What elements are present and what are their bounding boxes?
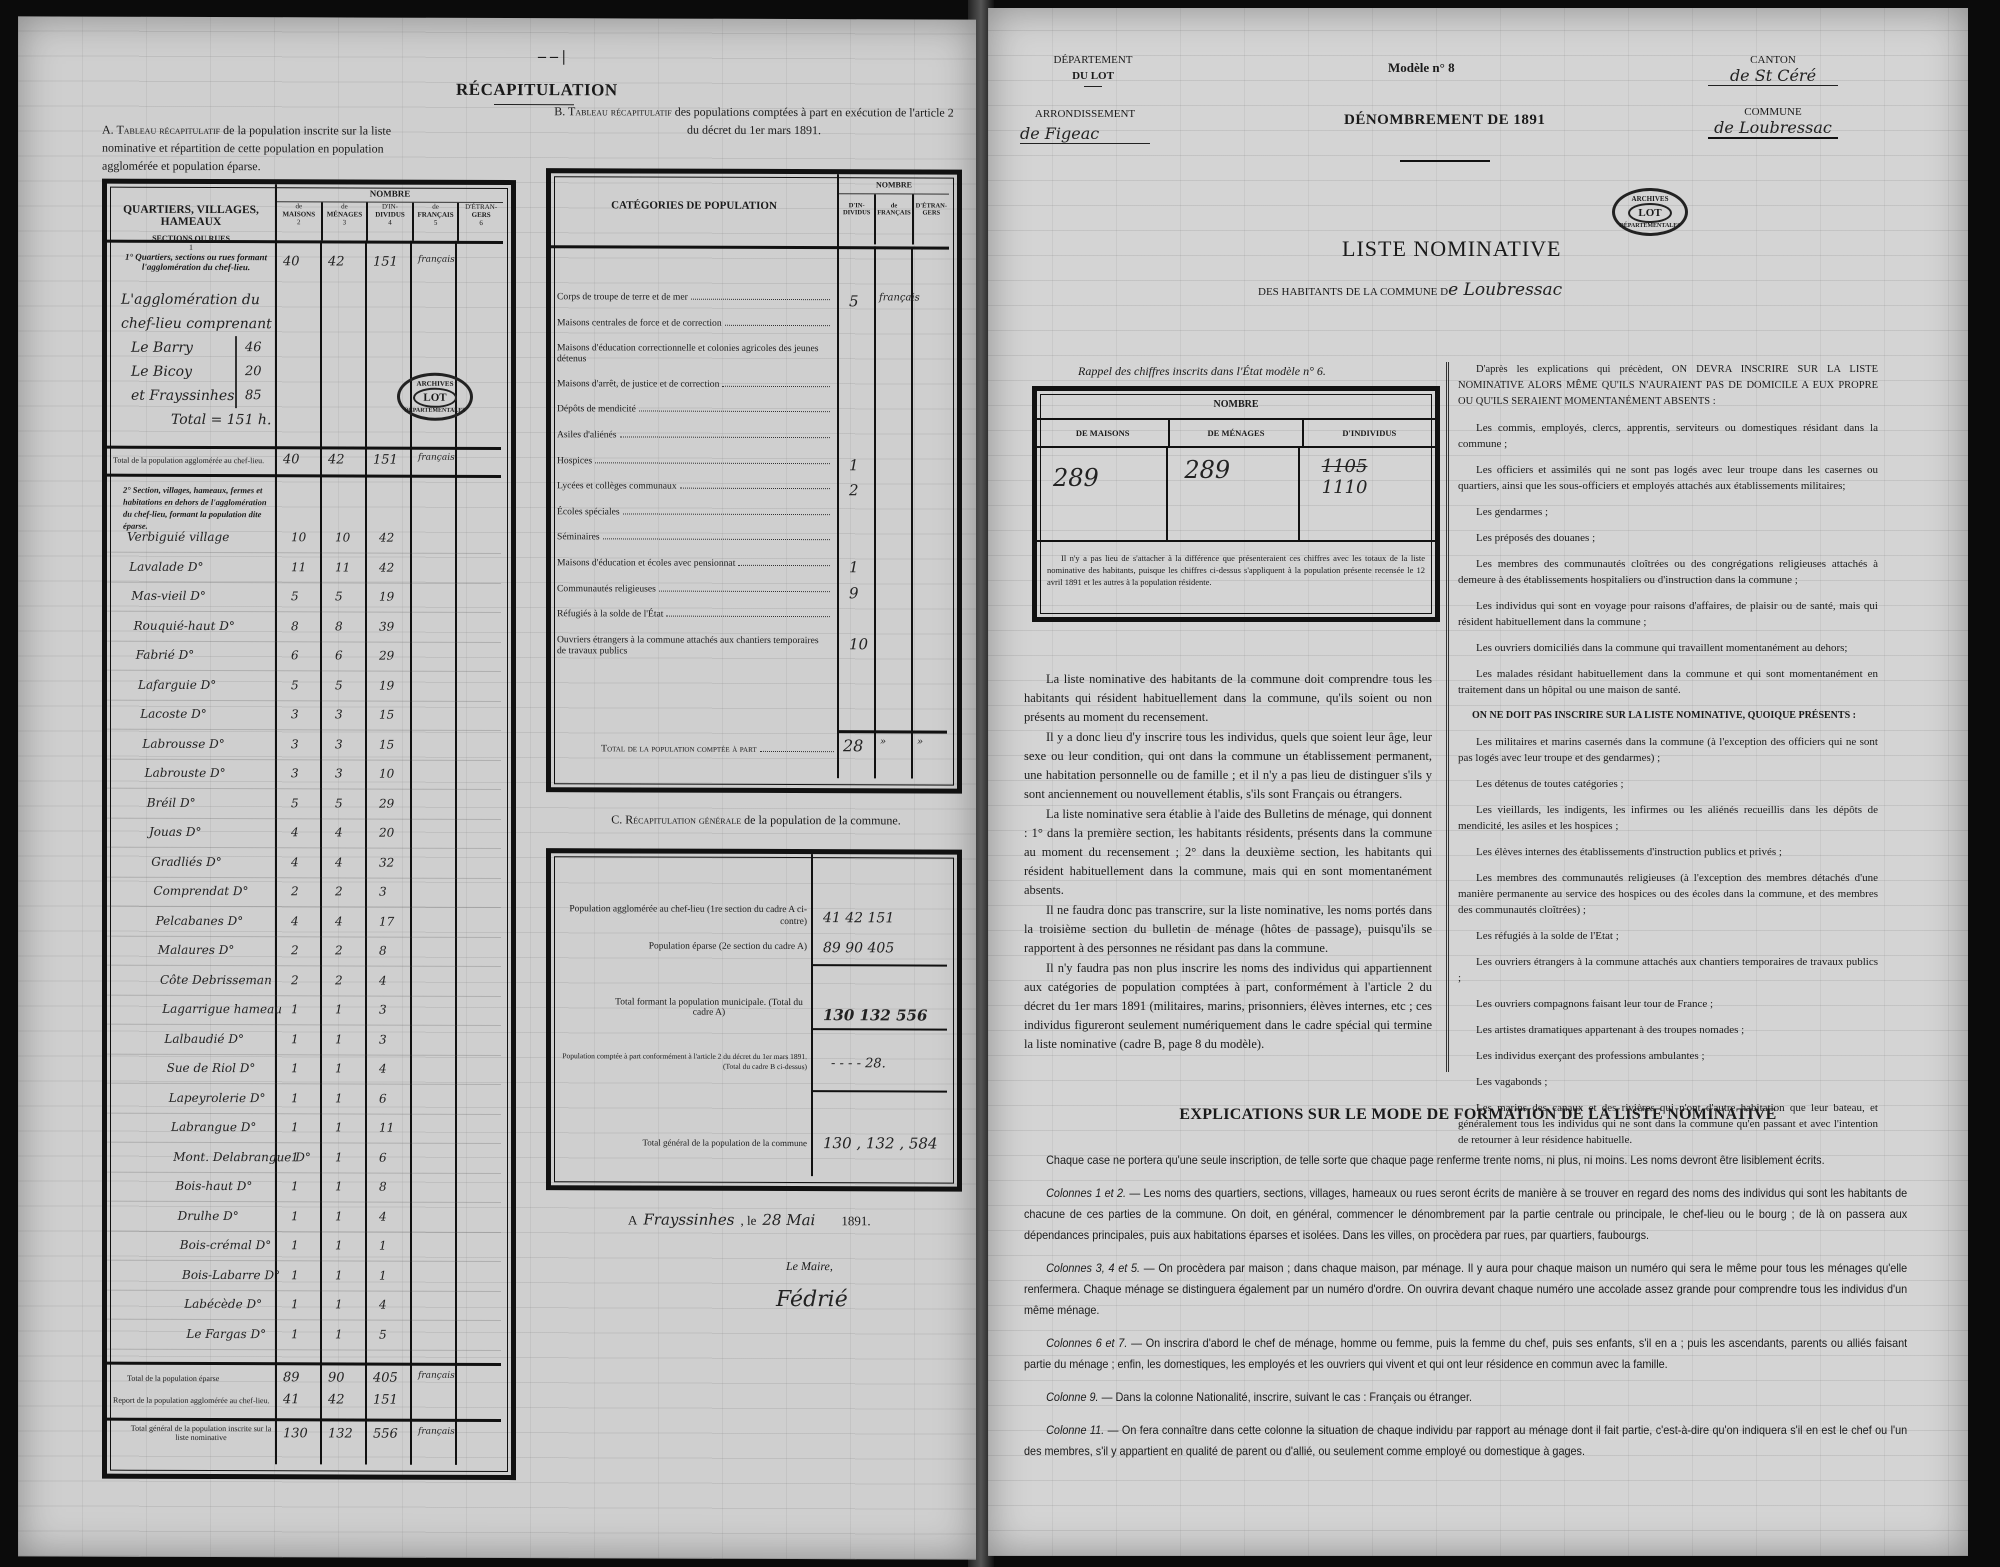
row-place-name: Labrousse D° <box>142 736 224 750</box>
row-maisons: 4 <box>291 914 299 928</box>
rappel-col-individus: D'INDIVIDUS <box>1304 420 1435 446</box>
row-place-name: Malaures D° <box>158 943 235 957</box>
category-label: Lycées et collèges communaux <box>557 480 677 491</box>
table-b-row: Réfugiés à la solde de l'État <box>557 608 947 633</box>
total-general-values: 130 132 556 français <box>283 1426 503 1442</box>
rappel-note: Il n'y a pas lieu de s'attacher à la dif… <box>1037 542 1435 598</box>
signature-place-date: A Frayssinhes , le 28 Mai 1891. <box>628 1210 871 1229</box>
col-maisons: deMAISONS2 <box>277 202 323 240</box>
row-maisons: 1 <box>291 1238 299 1252</box>
category-label: Réfugiés à la solde de l'État <box>557 608 663 619</box>
column-separator <box>1446 362 1449 1072</box>
archives-stamp-right: ARCHIVESLOTDÉPARTEMENTALES <box>1612 188 1688 236</box>
col-b-etrangers: D'ÉTRAN-GERS <box>914 194 949 244</box>
row-maisons: 1 <box>291 1297 299 1311</box>
row-maisons: 6 <box>291 648 299 662</box>
table-b-total-values: 28 » » <box>843 736 954 755</box>
row-menages: 1 <box>335 1061 343 1075</box>
exclude-item: Les élèves internes des établissements d… <box>1458 844 1878 860</box>
category-label: Maisons d'éducation et écoles avec pensi… <box>557 557 735 569</box>
explication-paragraph: Colonnes 1 et 2. — Les noms des quartier… <box>1024 1183 1907 1246</box>
canton-block: CANTON de St Céré <box>1708 54 1838 86</box>
row-maisons: 3 <box>291 737 299 751</box>
row-menages: 4 <box>335 914 343 928</box>
row-place-name: Lavalade D° <box>129 559 203 573</box>
row-menages: 1 <box>335 1327 343 1341</box>
table-row: Mont. Delabrangue D° 1 1 6 <box>107 1145 501 1173</box>
table-row: Lalbaudié D° 1 1 3 <box>107 1027 501 1055</box>
table-row: Bréil D° 5 5 29 <box>107 791 501 819</box>
table-b-row: Maisons centrales de force et de correct… <box>557 317 947 342</box>
explication-text: — Les noms des quartiers, sections, vill… <box>1024 1186 1907 1242</box>
row-individus: 8 <box>379 1180 387 1194</box>
row-place-name: Labrouste D° <box>145 766 226 780</box>
row-place-name: Pelcabanes D° <box>156 913 244 927</box>
explication-paragraph: Colonnes 3, 4 et 5. — On procèdera par m… <box>1024 1258 1907 1321</box>
explications-title: EXPLICATIONS SUR LE MODE DE FORMATION DE… <box>988 1106 1968 1124</box>
liste-nominative-title: LISTE NOMINATIVE <box>1342 236 1561 262</box>
category-label: Corps de troupe de terre et de mer <box>557 291 688 302</box>
rappel-maisons-value: 289 <box>1037 448 1168 540</box>
row-maisons: 1 <box>291 1032 299 1046</box>
rappel-col-menages: DE MÉNAGES <box>1170 420 1303 446</box>
include-item: Les préposés des douanes ; <box>1458 530 1878 546</box>
section2-rows: Verbiguié village 10 10 42Lavalade D° 11… <box>107 526 501 527</box>
table-row: Lapeyrolerie D° 1 1 6 <box>107 1086 501 1114</box>
row-place-name: Labécède D° <box>184 1297 262 1311</box>
col-francais: deFRANÇAIS5 <box>414 203 460 241</box>
row-menages: 5 <box>335 589 343 603</box>
row-menages: 2 <box>335 943 343 957</box>
explication-paragraph: Chaque case ne portera qu'une seule insc… <box>1024 1150 1907 1171</box>
table-b-nombre-header: NOMBRE D'IN-DIVIDUS deFRANÇAIS D'ÉTRAN-G… <box>837 174 949 249</box>
table-b-row: Hospices 1 <box>557 455 947 480</box>
row-individus: 19 <box>379 590 394 604</box>
total-agglo-label: Total de la population agglomérée au che… <box>113 456 273 466</box>
row-place-name: Bois-Labarre D° <box>182 1267 280 1281</box>
row-individus: 1 <box>379 1268 387 1282</box>
table-row: Verbiguié village 10 10 42 <box>107 526 501 554</box>
row-maisons: 2 <box>291 943 299 957</box>
commune-block: COMMUNE de Loubressac <box>1708 106 1838 139</box>
category-label: Asiles d'aliénés <box>557 429 617 440</box>
c-row-eparse: Population éparse (2e section du cadre A… <box>557 941 807 952</box>
departement-block: DÉPARTEMENT DU LOT <box>1038 54 1148 91</box>
row-maisons: 4 <box>291 855 299 869</box>
c-row-total-general: Total général de la population de la com… <box>581 1137 807 1148</box>
table-a-column-heads: deMAISONS2 deMÉNAGES3 D'IN-DIVIDUS4 deFR… <box>277 201 503 241</box>
row-maisons: 1 <box>291 1061 299 1075</box>
table-b-caption: B. Tableau récapitulatif des populations… <box>554 102 954 139</box>
table-row: Sue de Riol D° 1 1 4 <box>107 1057 501 1085</box>
c-row-agglo: Population agglomérée au chef-lieu (1re … <box>557 903 807 928</box>
table-b-row: Corps de troupe de terre et de mer 5 fra… <box>557 291 947 316</box>
arrondissement-block: ARRONDISSEMENT de Figeac <box>1020 108 1150 144</box>
c-row-apart-values: - - - - 28. <box>831 1056 886 1071</box>
category-individus: 5 <box>849 292 859 310</box>
table-b-total-row: Total de la population comptée à part <box>601 743 837 755</box>
row-place-name: Lacoste D° <box>140 707 207 721</box>
report-label: Report de la population agglomérée au ch… <box>113 1396 273 1406</box>
col-etrangers: D'ÉTRAN-GERS6 <box>459 203 503 241</box>
section1-title: 1° Quartiers, sections ou rues formant l… <box>121 252 271 273</box>
row-place-name: Lalbaudié D° <box>164 1031 244 1045</box>
row-individus: 6 <box>379 1091 387 1105</box>
row-menages: 5 <box>335 796 343 810</box>
row-menages: 10 <box>335 530 350 544</box>
total-eparse-label: Total de la population éparse <box>127 1374 273 1384</box>
row-maisons: 5 <box>291 678 299 692</box>
category-label: Communautés religieuses <box>557 583 656 594</box>
total-eparse-values: 89 90 405 français <box>283 1370 503 1386</box>
include-item: Les officiers et assimilés qui ne sont p… <box>1458 462 1878 494</box>
row-maisons: 10 <box>291 530 306 544</box>
category-label: Écoles spéciales <box>557 506 620 517</box>
table-row: Bois-Labarre D° 1 1 1 <box>107 1263 501 1291</box>
table-row: Drulhe D° 1 1 4 <box>107 1204 501 1232</box>
instructions-left: La liste nominative des habitants de la … <box>1024 670 1432 1055</box>
table-b-row: Asiles d'aliénés <box>557 429 947 454</box>
table-row: Le Fargas D° 1 1 5 <box>107 1322 501 1350</box>
instruction-paragraph: La liste nominative des habitants de la … <box>1024 670 1432 727</box>
row-place-name: Verbiguié village <box>127 530 229 544</box>
explication-label: Colonne 11. <box>1046 1423 1104 1437</box>
row-menages: 3 <box>335 707 343 721</box>
row-place-name: Mas-vieil D° <box>131 589 205 603</box>
table-row: Jouas D° 4 4 20 <box>107 821 501 849</box>
row-menages: 1 <box>335 1120 343 1134</box>
table-b-row: Maisons d'éducation et écoles avec pensi… <box>557 557 947 582</box>
row-maisons: 2 <box>291 973 299 987</box>
row-place-name: Drulhe D° <box>178 1208 239 1222</box>
row-maisons: 1 <box>291 1268 299 1282</box>
row-menages: 11 <box>335 560 350 574</box>
table-a-col1-header: QUARTIERS, VILLAGES, HAMEAUX SECTIONS OU… <box>107 184 275 244</box>
ornament-rule <box>1400 160 1490 162</box>
row-individus: 4 <box>379 1209 387 1223</box>
exclude-item: Les vagabonds ; <box>1458 1074 1878 1090</box>
row-maisons: 1 <box>291 1091 299 1105</box>
row-place-name: Lafarguie D° <box>138 677 216 691</box>
row-place-name: Le Fargas D° <box>186 1326 266 1340</box>
col-b-francais: deFRANÇAIS <box>876 194 913 244</box>
row-maisons: 8 <box>291 619 299 633</box>
category-label: Dépôts de mendicité <box>557 404 636 415</box>
table-row: Pelcabanes D° 4 4 17 <box>107 909 501 937</box>
row-maisons: 3 <box>291 707 299 721</box>
row-menages: 2 <box>335 884 343 898</box>
category-individus: 1 <box>849 456 859 474</box>
col-menages: deMÉNAGES3 <box>323 202 369 240</box>
table-b-row: Communautés religieuses 9 <box>557 583 947 608</box>
row-individus: 3 <box>379 885 387 899</box>
row-place-name: Lagarrigue hameau <box>162 1002 282 1016</box>
row-place-name: Bréil D° <box>147 795 196 809</box>
row-menages: 1 <box>335 1091 343 1105</box>
table-b-row: Écoles spéciales <box>557 506 947 531</box>
row-menages: 1 <box>335 1238 343 1252</box>
include-item: Les ouvriers domiciliés dans la commune … <box>1458 640 1878 656</box>
c-row-agglo-values: 41 42 151 <box>823 910 894 926</box>
exclude-item: Les vieillards, les indigents, les infir… <box>1458 802 1878 834</box>
table-row: Gradliés D° 4 4 32 <box>107 850 501 878</box>
liste-subtitle: DES HABITANTS DE LA COMMUNE D e Loubress… <box>1258 280 1562 300</box>
include-item: Les commis, employés, clercs, apprentis,… <box>1458 420 1878 452</box>
table-row: Fabrié D° 6 6 29 <box>107 644 501 672</box>
category-individus: 2 <box>849 481 859 499</box>
row-individus: 8 <box>379 944 387 958</box>
c-row-municipale-values: 130 132 556 <box>823 1006 927 1024</box>
maire-signature: Fédrié <box>776 1287 848 1312</box>
row-place-name: Côte Debrisseman <box>160 972 272 986</box>
row-menages: 2 <box>335 973 343 987</box>
rappel-individus-value: 1105 1110 <box>1300 448 1435 540</box>
exclude-item: Les ouvriers étrangers à la commune atta… <box>1458 954 1878 986</box>
table-row: Rouquié-haut D° 8 8 39 <box>107 614 501 642</box>
row-menages: 3 <box>335 766 343 780</box>
explication-text: — On fera connaître dans cette colonne l… <box>1024 1423 1907 1458</box>
section1-breakdown: 46 20 85 <box>235 336 262 408</box>
rappel-table: NOMBRE DE MAISONS DE MÉNAGES D'INDIVIDUS… <box>1032 386 1440 622</box>
total-general-label: Total général de la population inscrite … <box>129 1424 273 1443</box>
explication-paragraph: Colonnes 6 et 7. — On inscrira d'abord l… <box>1024 1333 1907 1375</box>
row-individus: 11 <box>379 1121 394 1135</box>
maire-label: Le Maire, <box>786 1259 833 1274</box>
table-c-caption: C. Récapitulation générale de la populat… <box>566 812 946 828</box>
row-individus: 10 <box>379 767 394 781</box>
table-a-nombre-header: NOMBRE deMAISONS2 deMÉNAGES3 D'IN-DIVIDU… <box>275 184 503 244</box>
archives-stamp: ARCHIVESLOTDÉPARTEMENTALES <box>397 373 473 421</box>
explications-body: Chaque case ne portera qu'une seule insc… <box>1024 1150 1984 1474</box>
explication-text: Chaque case ne portera qu'une seule insc… <box>1046 1153 1825 1167</box>
category-label: Maisons d'arrêt, de justice et de correc… <box>557 378 719 390</box>
table-b: CATÉGORIES DE POPULATION NOMBRE D'IN-DIV… <box>546 168 962 793</box>
right-page-liste-nominative: DÉPARTEMENT DU LOT ARRONDISSEMENT de Fig… <box>988 8 1968 1556</box>
explication-text: — On inscrira d'abord le chef de ménage,… <box>1024 1336 1907 1371</box>
category-francais: français <box>879 292 920 303</box>
row-place-name: Lapeyrolerie D° <box>169 1090 266 1104</box>
row-individus: 15 <box>379 737 394 751</box>
row-individus: 5 <box>379 1327 387 1341</box>
explication-paragraph: Colonne 9. — Dans la colonne Nationalité… <box>1024 1387 1907 1408</box>
page-title: RÉCAPITULATION <box>456 80 618 101</box>
row-individus: 20 <box>379 826 394 840</box>
row-menages: 4 <box>335 855 343 869</box>
rappel-menages-value: 289 <box>1168 448 1299 540</box>
row-individus: 19 <box>379 678 394 692</box>
table-b-row: Lycées et collèges communaux 2 <box>557 480 947 505</box>
row-maisons: 1 <box>291 1120 299 1134</box>
page-marks: – – | <box>538 48 566 66</box>
row-individus: 4 <box>379 973 387 987</box>
row-menages: 5 <box>335 678 343 692</box>
table-row: Labécède D° 1 1 4 <box>107 1293 501 1321</box>
row-maisons: 1 <box>291 1209 299 1223</box>
explication-label: Colonne 9. <box>1046 1390 1098 1404</box>
table-b-row: Dépôts de mendicité <box>557 404 947 429</box>
explication-label: Colonnes 1 et 2. <box>1046 1186 1126 1200</box>
include-item: Les individus qui sont en voyage pour ra… <box>1458 598 1878 630</box>
explication-text: — Dans la colonne Nationalité, inscrire,… <box>1099 1390 1472 1404</box>
row-individus: 6 <box>379 1150 387 1164</box>
table-a: QUARTIERS, VILLAGES, HAMEAUX SECTIONS OU… <box>102 179 516 1480</box>
include-item: Les membres des communautés cloîtrées ou… <box>1458 556 1878 588</box>
row-individus: 29 <box>379 796 394 810</box>
exclude-item: Les réfugiés à la solde de l'Etat ; <box>1458 928 1878 944</box>
row-place-name: Sue de Riol D° <box>167 1061 256 1075</box>
c-row-total-general-values: 130 , 132 , 584 <box>823 1134 938 1152</box>
table-b-row: Ouvriers étrangers à la commune attachés… <box>557 634 947 659</box>
total-agglo-values: 40 42 151 français <box>283 452 503 468</box>
row-individus: 4 <box>379 1062 387 1076</box>
row-individus: 42 <box>379 531 394 545</box>
row-maisons: 1 <box>291 1002 299 1016</box>
denombrement-title: DÉNOMBREMENT DE 1891 <box>1344 112 1545 129</box>
row-individus: 3 <box>379 1003 387 1017</box>
modele-number: Modèle n° 8 <box>1388 60 1455 76</box>
row-maisons: 4 <box>291 825 299 839</box>
table-row: Lacoste D° 3 3 15 <box>107 703 501 731</box>
category-label: Ouvriers étrangers à la commune attachés… <box>557 634 827 657</box>
table-row: Comprendat D° 2 2 3 <box>107 880 501 908</box>
c-row-municipale: Total formant la population municipale. … <box>611 997 807 1018</box>
row-individus: 39 <box>379 619 394 633</box>
category-label: Maisons centrales de force et de correct… <box>557 317 722 329</box>
row-maisons: 1 <box>291 1179 299 1193</box>
col-individus: D'IN-DIVIDUS4 <box>368 203 414 241</box>
table-b-row: Séminaires <box>557 532 947 557</box>
instruction-paragraph: Il y a donc lieu d'y inscrire tous les i… <box>1024 728 1432 804</box>
explication-label: Colonnes 3, 4 et 5. <box>1046 1261 1140 1275</box>
table-b-rows: Corps de troupe de terre et de mer 5 fra… <box>557 291 947 292</box>
table-row: Labrouste D° 3 3 10 <box>107 762 501 790</box>
include-item: Les malades résidant habituellement dans… <box>1458 666 1878 698</box>
exclude-item: Les individus exerçant des professions a… <box>1458 1048 1878 1064</box>
instructions-right: D'après les explications qui précèdent, … <box>1458 362 1878 1158</box>
instruction-paragraph: Il n'y faudra pas non plus inscrire les … <box>1024 959 1432 1054</box>
instruction-paragraph: La liste nominative sera établie à l'aid… <box>1024 805 1432 900</box>
explication-text: — On procèdera par maison ; dans chaque … <box>1024 1261 1907 1317</box>
exclude-item: Les détenus de toutes catégories ; <box>1458 776 1878 792</box>
row-individus: 32 <box>379 855 394 869</box>
include-item: Les gendarmes ; <box>1458 504 1878 520</box>
row-maisons: 5 <box>291 796 299 810</box>
report-values: 41 42 151 <box>283 1392 503 1408</box>
table-row: Labrousse D° 3 3 15 <box>107 732 501 760</box>
row-place-name: Bois-crémal D° <box>180 1238 271 1252</box>
rappel-title: Rappel des chiffres inscrits dans l'État… <box>1078 364 1326 379</box>
row-menages: 1 <box>335 1150 343 1164</box>
table-row: Bois-haut D° 1 1 8 <box>107 1175 501 1203</box>
row-menages: 1 <box>335 1209 343 1223</box>
row-maisons: 1 <box>291 1150 299 1164</box>
exclude-item: Les militaires et marins casernés dans l… <box>1458 734 1878 766</box>
row-place-name: Labrangue D° <box>171 1120 256 1134</box>
table-b-row: Maisons d'éducation correctionnelle et c… <box>557 342 947 367</box>
category-label: Maisons d'éducation correctionnelle et c… <box>557 342 827 365</box>
table-row: Bois-crémal D° 1 1 1 <box>107 1234 501 1262</box>
category-label: Séminaires <box>557 532 600 543</box>
row-individus: 4 <box>379 1298 387 1312</box>
row-menages: 8 <box>335 619 343 633</box>
table-c: Population agglomérée au chef-lieu (1re … <box>546 848 962 1191</box>
row-maisons: 11 <box>291 560 306 574</box>
explication-paragraph: Colonne 11. — On fera connaître dans cet… <box>1024 1420 1907 1462</box>
table-a-caption: A. Tableau récapitulatif de la populatio… <box>102 121 442 176</box>
rappel-col-maisons: DE MAISONS <box>1037 420 1170 446</box>
col-b-individus: D'IN-DIVIDUS <box>839 194 876 244</box>
row-place-name: Fabrié D° <box>136 648 194 662</box>
row-place-name: Jouas D° <box>149 825 202 839</box>
row-place-name: Comprendat D° <box>153 884 248 898</box>
exclude-item: Les artistes dramatiques appartenant à d… <box>1458 1022 1878 1038</box>
row-menages: 1 <box>335 1002 343 1016</box>
section1-values: 40 42 151 français <box>283 254 503 270</box>
exclude-item: Les ouvriers compagnons faisant leur tou… <box>1458 996 1878 1012</box>
row-menages: 4 <box>335 825 343 839</box>
row-individus: 1 <box>379 1239 387 1253</box>
row-menages: 1 <box>335 1032 343 1046</box>
row-maisons: 2 <box>291 884 299 898</box>
explication-label: Colonnes 6 et 7. <box>1046 1336 1127 1350</box>
instruction-paragraph: Il ne faudra donc pas transcrire, sur la… <box>1024 901 1432 958</box>
row-place-name: Gradliés D° <box>151 854 222 868</box>
row-individus: 29 <box>379 649 394 663</box>
table-b-row: Maisons d'arrêt, de justice et de correc… <box>557 378 947 403</box>
row-menages: 1 <box>335 1297 343 1311</box>
row-maisons: 3 <box>291 766 299 780</box>
category-individus: 9 <box>849 584 859 602</box>
row-individus: 15 <box>379 708 394 722</box>
category-individus: 10 <box>849 635 868 653</box>
table-row: Labrangue D° 1 1 11 <box>107 1116 501 1144</box>
row-individus: 3 <box>379 1032 387 1046</box>
category-label: Hospices <box>557 455 592 466</box>
c-row-apart: Population comptée à part conformément à… <box>557 1051 807 1072</box>
row-menages: 1 <box>335 1179 343 1193</box>
table-row: Côte Debrisseman 2 2 4 <box>107 968 501 996</box>
left-page-recapitulation: – – | RÉCAPITULATION A. Tableau récapitu… <box>18 16 976 1559</box>
row-individus: 17 <box>379 914 394 928</box>
row-maisons: 1 <box>291 1327 299 1341</box>
row-menages: 3 <box>335 737 343 751</box>
c-row-eparse-values: 89 90 405 <box>823 940 894 956</box>
category-individus: 1 <box>849 558 859 576</box>
row-place-name: Rouquié-haut D° <box>134 618 235 632</box>
table-row: Lavalade D° 11 11 42 <box>107 555 501 583</box>
row-place-name: Bois-haut D° <box>175 1179 252 1193</box>
table-row: Lagarrigue hameau 1 1 3 <box>107 998 501 1026</box>
table-row: Malaures D° 2 2 8 <box>107 939 501 967</box>
row-menages: 1 <box>335 1268 343 1282</box>
row-individus: 42 <box>379 560 394 574</box>
table-b-col1-header: CATÉGORIES DE POPULATION <box>551 173 837 249</box>
exclude-item: Les membres des communautés religieuses … <box>1458 870 1878 918</box>
table-row: Lafarguie D° 5 5 19 <box>107 673 501 701</box>
row-maisons: 5 <box>291 589 299 603</box>
table-row: Mas-vieil D° 5 5 19 <box>107 585 501 613</box>
row-menages: 6 <box>335 648 343 662</box>
